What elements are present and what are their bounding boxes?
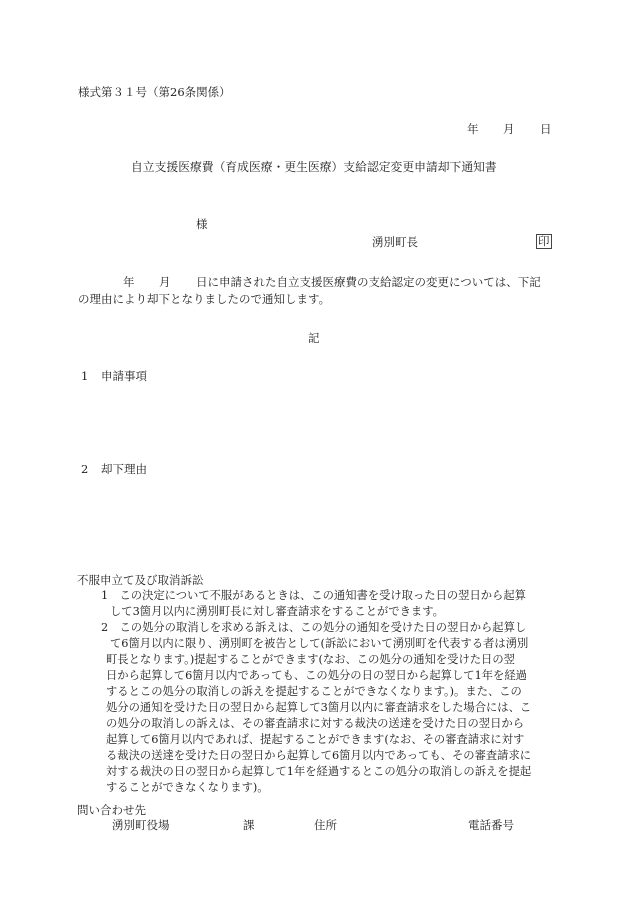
- addressee-suffix: 様: [196, 217, 208, 231]
- contact-office: 湧別町役場: [112, 818, 170, 832]
- seal-mark: 印: [536, 234, 552, 249]
- appeal-item-2-line-3: 町長となります。)提起することができます(なお、この処分の通知を受けた日の翌: [106, 652, 515, 668]
- appeal-item-1-line-2: して3箇月以内に湧別町長に対し審査請求をすることができます。: [110, 604, 444, 620]
- body-line2: の理由により却下となりましたので通知します。: [78, 292, 330, 306]
- contact-section-label: 課: [243, 818, 255, 832]
- contact-phone-label: 電話番号: [468, 818, 514, 832]
- contact-address-label: 住所: [314, 818, 337, 832]
- appeal-item-2-line-10: 対する裁決の日の翌日から起算して1年を経過するとこの処分の取消しの訴えを提起: [106, 764, 531, 780]
- date-year: 年: [467, 122, 479, 136]
- contact-heading: 問い合わせ先: [77, 803, 146, 817]
- appeal-item-2-line-4: 日から起算して6箇月以内であっても、この処分の日の翌日から起算して1年を経過: [106, 668, 527, 684]
- ki-label: 記: [308, 331, 320, 345]
- body-year: 年: [123, 275, 135, 289]
- appeal-item-2-line-11: することができなくなります)。: [106, 780, 269, 796]
- section-number: 1: [81, 369, 88, 383]
- document-title: 自立支援医療費（育成医療・更生医療）支給認定変更申請却下通知書: [131, 160, 497, 174]
- appeal-item-2-line-9: る裁決の送達を受けた日の翌日から起算して6箇月以内であっても、その審査請求に: [106, 748, 531, 764]
- appeal-item-2-line-8: 起算して6箇月以内であれば、提起することができます(なお、その審査請求に対す: [106, 732, 524, 748]
- date-day: 日: [540, 122, 552, 136]
- body-month: 月: [159, 275, 171, 289]
- appeal-item-2-line-5: するとこの処分の取消しの訴えを提起することができなくなります。)。また、この: [106, 684, 522, 700]
- appeal-item-2-line-7: の処分の取消しの訴えは、その審査請求に対する裁決の送達を受けた日の翌日から: [106, 716, 524, 732]
- appeal-heading: 不服申立て及び取消訴訟: [77, 573, 204, 587]
- issuer-name: 湧別町長: [372, 235, 418, 249]
- appeal-item-1-line-1: 1 この決定について不服があるときは、この通知書を受け取った日の翌日から起算: [101, 588, 526, 604]
- date-month: 月: [503, 122, 515, 136]
- section-number: 2: [81, 462, 88, 476]
- appeal-item-2-line-1: 2 この処分の取消しを求める訴えは、この処分の通知を受けた日の翌日から起算し: [101, 620, 526, 636]
- appeal-item-2-line-2: て6箇月以内に限り、湧別町を被告として(訴訟において湧別町を代表する者は湧別: [110, 636, 528, 652]
- appeal-item-2-line-6: 処分の通知を受けた日の翌日から起算して3箇月以内に審査請求をした場合には、こ: [106, 700, 531, 716]
- seal-icon: 印: [536, 234, 552, 249]
- section-label: 申請事項: [101, 369, 147, 383]
- body-line1-rest: 日に申請された自立支援医療費の支給認定の変更については、下記: [196, 275, 541, 289]
- section-label: 却下理由: [101, 462, 147, 476]
- form-number: 様式第３１号（第26条関係）: [78, 85, 231, 99]
